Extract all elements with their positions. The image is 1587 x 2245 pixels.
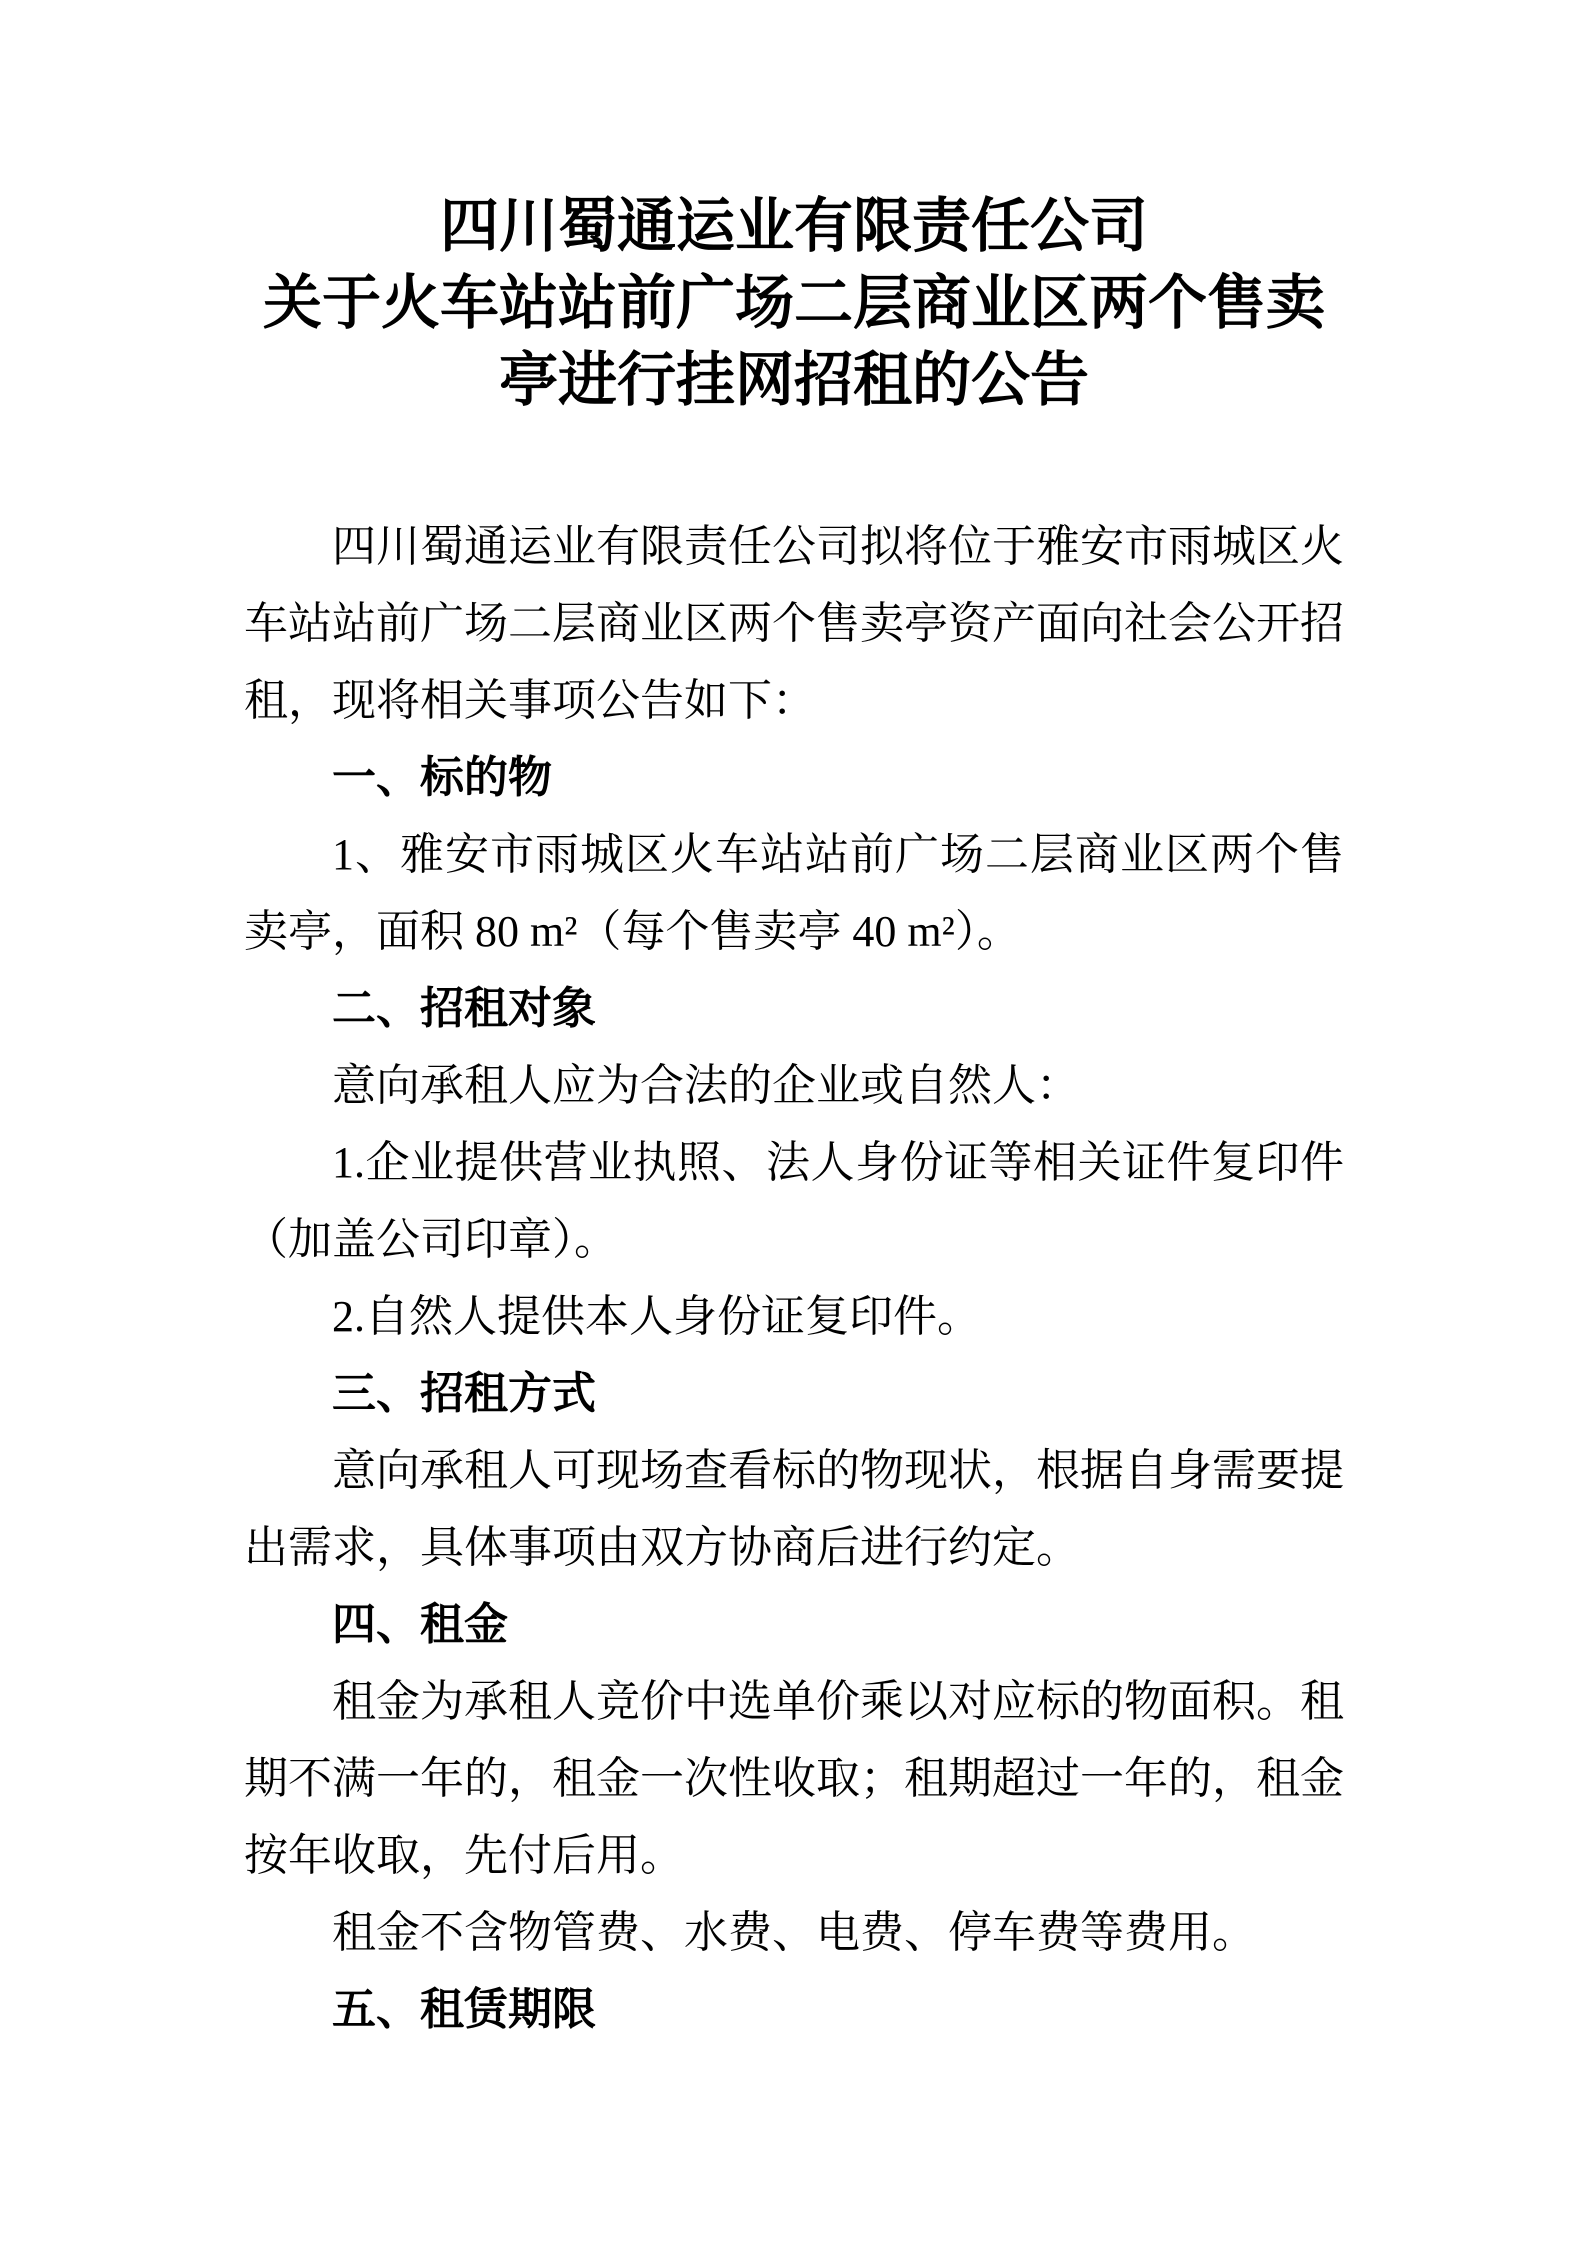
title-line-1: 四川蜀通运业有限责任公司 <box>244 188 1344 265</box>
paragraph: 2.自然人提供本人身份证复印件。 <box>244 1278 1344 1355</box>
section-heading: 三、招租方式 <box>244 1355 1344 1432</box>
section-heading: 四、租金 <box>244 1586 1344 1663</box>
title-line-2: 关于火车站站前广场二层商业区两个售卖 <box>244 265 1344 342</box>
paragraph: 1、雅安市雨城区火车站站前广场二层商业区两个售卖亭，面积 80 m²（每个售卖亭… <box>244 816 1344 970</box>
section-heading: 五、租赁期限 <box>244 1971 1344 2048</box>
paragraph: 四川蜀通运业有限责任公司拟将位于雅安市雨城区火车站站前广场二层商业区两个售卖亭资… <box>244 508 1344 739</box>
document-title: 四川蜀通运业有限责任公司 关于火车站站前广场二层商业区两个售卖 亭进行挂网招租的… <box>244 188 1344 419</box>
paragraph: 意向承租人可现场查看标的物现状，根据自身需要提出需求，具体事项由双方协商后进行约… <box>244 1432 1344 1586</box>
section-heading: 二、招租对象 <box>244 970 1344 1047</box>
document-page: 四川蜀通运业有限责任公司 关于火车站站前广场二层商业区两个售卖 亭进行挂网招租的… <box>0 0 1587 2245</box>
document-body: 四川蜀通运业有限责任公司拟将位于雅安市雨城区火车站站前广场二层商业区两个售卖亭资… <box>244 508 1344 2048</box>
title-line-3: 亭进行挂网招租的公告 <box>244 342 1344 419</box>
paragraph: 意向承租人应为合法的企业或自然人： <box>244 1047 1344 1124</box>
section-heading: 一、标的物 <box>244 739 1344 816</box>
paragraph: 租金不含物管费、水费、电费、停车费等费用。 <box>244 1894 1344 1971</box>
paragraph: 租金为承租人竞价中选单价乘以对应标的物面积。租期不满一年的，租金一次性收取；租期… <box>244 1663 1344 1894</box>
paragraph: 1.企业提供营业执照、法人身份证等相关证件复印件（加盖公司印章）。 <box>244 1124 1344 1278</box>
